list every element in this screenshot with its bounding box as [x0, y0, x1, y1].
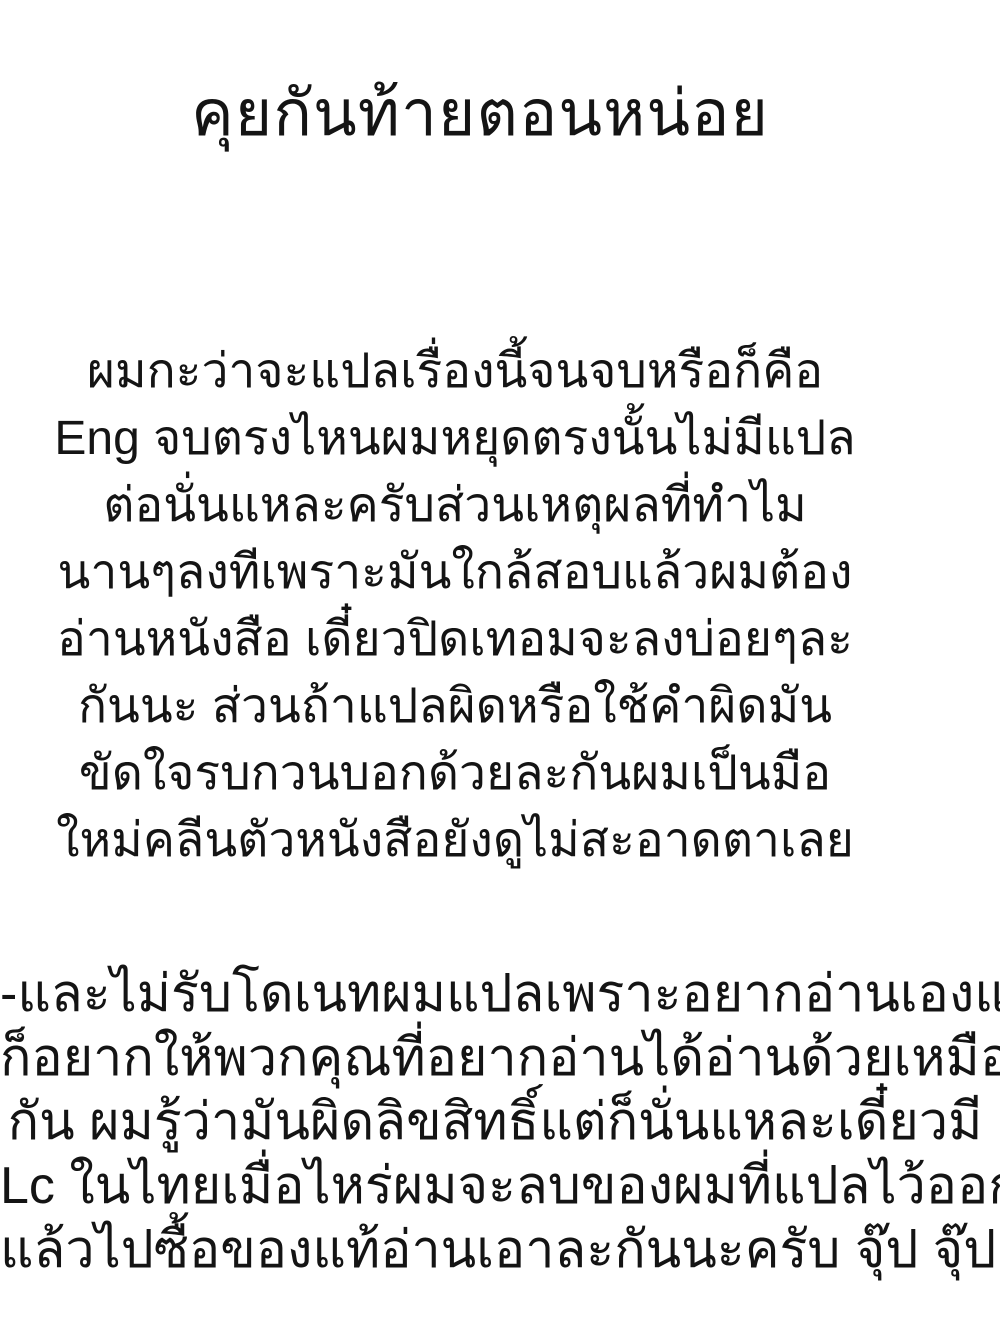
paragraph-donation-note: -และไม่รับโดเนทผมแปลเพราะอยากอ่านเองแต่ …: [0, 962, 990, 1282]
text-line: ก็อยากให้พวกคุณที่อยากอ่านได้อ่านด้วยเหม…: [0, 1026, 990, 1090]
text-line: นานๆลงทีเพราะมันใกล้สอบแล้วผมต้อง: [0, 539, 910, 606]
paragraph-translation-note: ผมกะว่าจะแปลเรื่องนี้จนจบหรือก็คือ Eng จ…: [0, 338, 910, 874]
text-line: กัน ผมรู้ว่ามันผิดลิขสิทธิ์แต่ก็นั่นแหละ…: [0, 1090, 990, 1154]
text-line: แล้วไปซื้อของแท้อ่านเอาละกันนะครับ จุ๊ป …: [0, 1218, 990, 1282]
text-line: -และไม่รับโดเนทผมแปลเพราะอยากอ่านเองแต่: [0, 962, 990, 1026]
text-line: อ่านหนังสือ เดี๋ยวปิดเทอมจะลงบ่อยๆละ: [0, 606, 910, 673]
page-title: คุยกันท้ายตอนหน่อย: [0, 62, 960, 164]
text-line: กันนะ ส่วนถ้าแปลผิดหรือใช้คำผิดมัน: [0, 673, 910, 740]
text-line: ต่อนั่นแหละครับส่วนเหตุผลที่ทำไม: [0, 472, 910, 539]
translator-note-page: คุยกันท้ายตอนหน่อย ผมกะว่าจะแปลเรื่องนี้…: [0, 0, 1000, 1333]
text-line: Eng จบตรงไหนผมหยุดตรงนั้นไม่มีแปล: [0, 405, 910, 472]
text-line: ขัดใจรบกวนบอกด้วยละกันผมเป็นมือ: [0, 740, 910, 807]
text-line: ใหม่คลีนตัวหนังสือยังดูไม่สะอาดตาเลย: [0, 807, 910, 874]
text-line: Lc ในไทยเมื่อไหร่ผมจะลบของผมที่แปลไว้ออก: [0, 1154, 990, 1218]
text-line: ผมกะว่าจะแปลเรื่องนี้จนจบหรือก็คือ: [0, 338, 910, 405]
